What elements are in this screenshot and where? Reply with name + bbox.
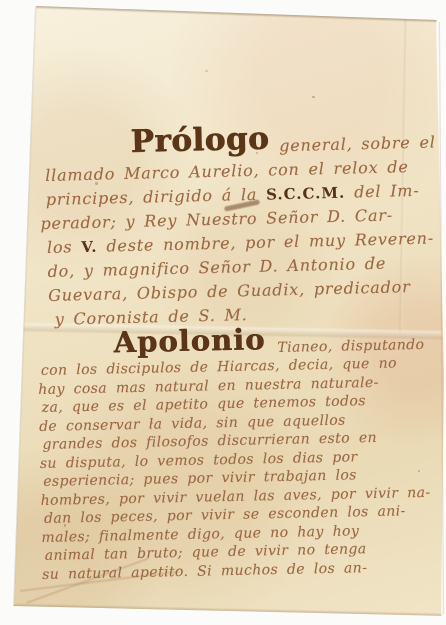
handwritten-text: los bbox=[47, 237, 82, 257]
paper-sheet: Prólogogeneral, sobre el librollamado Ma… bbox=[0, 0, 446, 625]
paragraph-heading: Apolonio bbox=[113, 322, 266, 359]
paragraph-apolonio: ApolonioTianeo, disputandocon los discip… bbox=[37, 318, 444, 584]
handwritten-text: del Im- bbox=[345, 181, 420, 202]
printed-abbreviation: S.C.C.M. bbox=[266, 184, 346, 204]
manuscript-text: Prólogogeneral, sobre el librollamado Ma… bbox=[0, 0, 446, 625]
handwritten-text: Tianeo, disputando bbox=[277, 337, 424, 356]
paragraph-heading: Prólogo bbox=[130, 121, 269, 160]
paragraph-prologo: Prólogogeneral, sobre el librollamado Ma… bbox=[44, 114, 441, 332]
handwritten-text: principes, dirigido á la bbox=[46, 185, 267, 209]
scanned-manuscript-page: Prólogogeneral, sobre el librollamado Ma… bbox=[0, 0, 446, 625]
printed-abbreviation: V. bbox=[81, 238, 98, 256]
handwritten-text: general, sobre el libro bbox=[279, 131, 446, 155]
